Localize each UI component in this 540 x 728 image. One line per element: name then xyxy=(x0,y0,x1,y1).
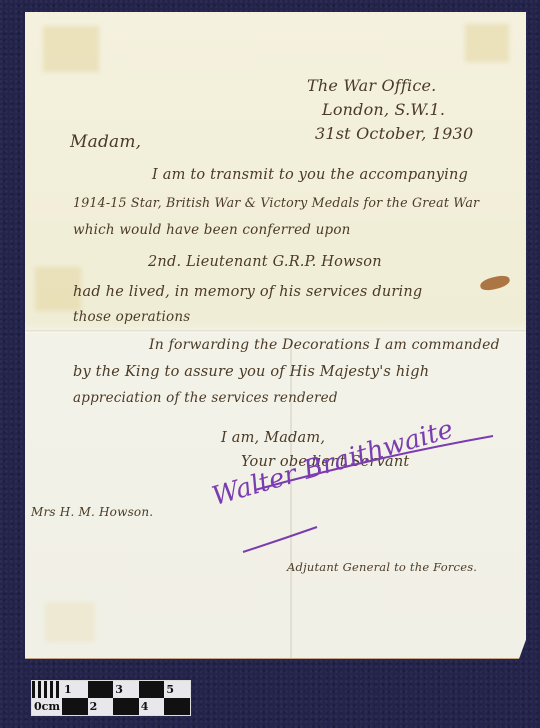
scale-label-1: 1 xyxy=(62,681,88,698)
scale-ticks xyxy=(32,681,62,698)
closing-line-1: I am, Madam, xyxy=(221,430,325,446)
scale-label-2: 2 xyxy=(88,698,114,715)
body-line-2: 1914-15 Star, British War & Victory Meda… xyxy=(73,195,479,210)
horizontal-fold xyxy=(25,330,526,333)
scale-label-3: 3 xyxy=(113,681,139,698)
stain-bottom-left xyxy=(45,602,95,642)
letter-paper: The War Office. London, S.W.1. 31st Octo… xyxy=(25,12,526,659)
body-line-1: I am to transmit to you the accompanying xyxy=(152,167,468,183)
body-line-6: those operations xyxy=(73,309,190,325)
body-line-5: had he lived, in memory of his services … xyxy=(73,284,422,300)
header-line-2: London, S.W.1. xyxy=(322,100,445,119)
body-line-3: which would have been conferred upon xyxy=(73,222,351,238)
scale-segment xyxy=(113,698,139,715)
scale-segment xyxy=(88,681,114,698)
recipient-name: Mrs H. M. Howson. xyxy=(31,505,153,519)
scale-unit-label: 0cm xyxy=(32,698,62,715)
scale-label-4: 4 xyxy=(139,698,165,715)
stain-top-right xyxy=(465,24,509,62)
body-line-8: by the King to assure you of His Majesty… xyxy=(73,364,429,380)
header-date: 31st October, 1930 xyxy=(315,124,473,143)
scale-bar: 1 3 5 0cm 2 4 xyxy=(31,680,191,716)
body-line-9: appreciation of the services rendered xyxy=(73,390,338,406)
scale-segment xyxy=(62,698,88,715)
signatory-title: Adjutant General to the Forces. xyxy=(287,560,477,574)
scale-label-5: 5 xyxy=(164,681,190,698)
salutation: Madam, xyxy=(70,132,141,152)
scale-segment xyxy=(164,698,190,715)
stain-top-left xyxy=(43,26,99,72)
rust-stain xyxy=(479,274,511,292)
header-line-1: The War Office. xyxy=(307,76,436,95)
scale-segment xyxy=(139,681,165,698)
body-line-7: In forwarding the Decorations I am comma… xyxy=(149,337,500,353)
honoree-name: 2nd. Lieutenant G.R.P. Howson xyxy=(148,254,382,270)
